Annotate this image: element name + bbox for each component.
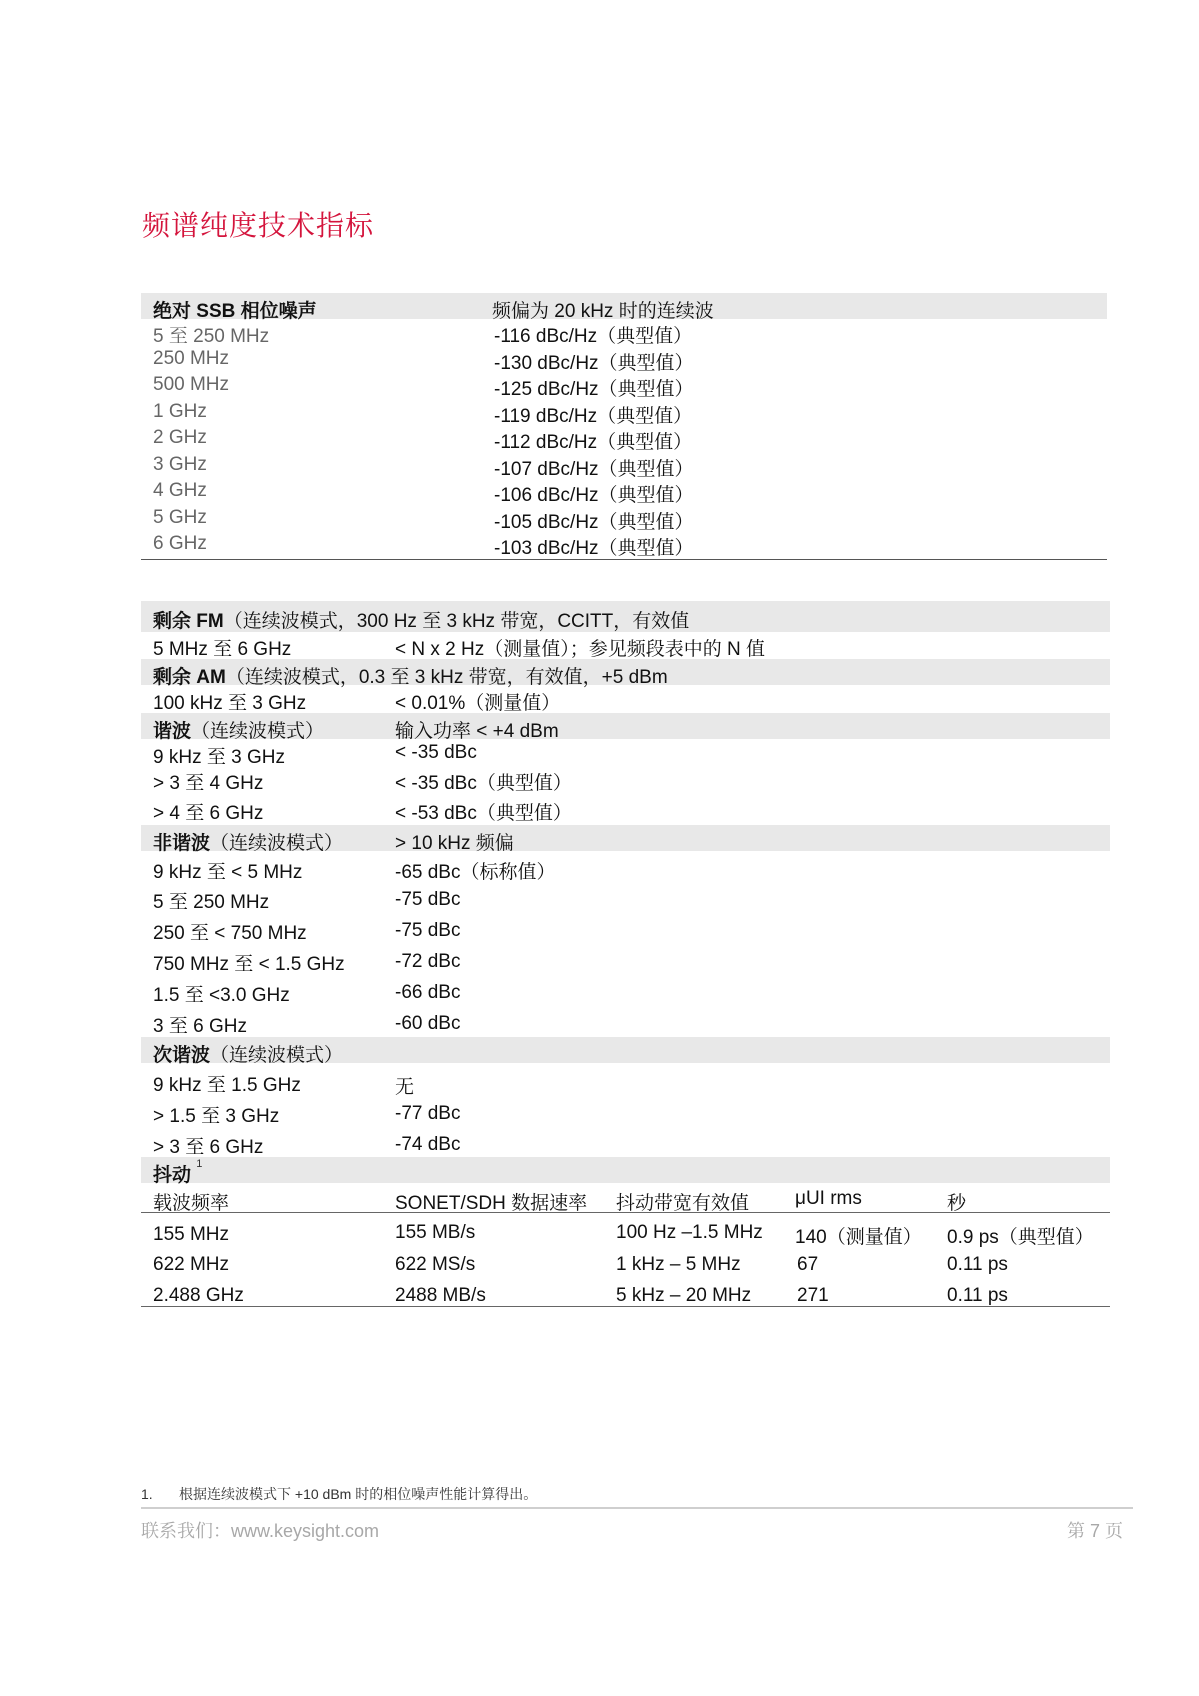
- freq-cell: 1 GHz: [153, 401, 207, 423]
- non-harmonics-title: 非谐波: [153, 833, 210, 854]
- range-cell: 9 kHz 至 < 5 MHz: [153, 857, 302, 884]
- jitter-cell: 0.11 ps: [947, 1285, 1008, 1307]
- value-cell: -106 dBc/Hz（典型值）: [494, 480, 694, 507]
- freq-cell: 4 GHz: [153, 480, 207, 502]
- value-cell: -65 dBc（标称值）: [395, 857, 555, 884]
- freq-cell: 250 MHz: [153, 348, 229, 370]
- footnote-ref[interactable]: 1: [196, 1158, 202, 1170]
- page-title: 频谱纯度技术指标: [142, 204, 374, 244]
- range-cell: 1.5 至 <3.0 GHz: [153, 980, 290, 1007]
- jitter-cell: 100 Hz –1.5 MHz: [616, 1222, 763, 1244]
- table-row: 250 MHz-130 dBc/Hz（典型值）: [141, 346, 1107, 373]
- table-row: 5 GHz-105 dBc/Hz（典型值）: [141, 505, 1107, 532]
- value-cell: -77 dBc: [395, 1103, 460, 1125]
- jitter-cell: 67: [797, 1254, 818, 1276]
- value-cell: < -35 dBc: [395, 742, 477, 764]
- footer-divider: [141, 1507, 1133, 1509]
- range-cell: 100 kHz 至 3 GHz: [153, 688, 306, 715]
- jitter-cell: 5 kHz – 20 MHz: [616, 1285, 751, 1307]
- jitter-cell: 622 MHz: [153, 1254, 229, 1276]
- value-cell: -66 dBc: [395, 982, 460, 1004]
- jitter-cell: 0.9 ps（典型值）: [947, 1222, 1094, 1249]
- value-cell: -103 dBc/Hz（典型值）: [494, 533, 694, 560]
- jitter-col-bandwidth: 抖动带宽有效值: [616, 1188, 749, 1215]
- range-cell: > 3 至 4 GHz: [153, 768, 263, 795]
- range-cell: 9 kHz 至 3 GHz: [153, 742, 285, 769]
- range-cell: 5 MHz 至 6 GHz: [153, 634, 291, 661]
- footnote: 1.根据连续波模式下 +10 dBm 时的相位噪声性能计算得出。: [141, 1484, 537, 1504]
- harmonics-condition: 输入功率 < +4 dBm: [395, 716, 559, 743]
- value-cell: -119 dBc/Hz（典型值）: [494, 401, 692, 428]
- value-cell: -112 dBc/Hz（典型值）: [494, 427, 692, 454]
- range-cell: 3 至 6 GHz: [153, 1011, 247, 1038]
- jitter-cell: 155 MHz: [153, 1224, 229, 1246]
- jitter-cell: 622 MS/s: [395, 1254, 475, 1276]
- residual-am-title: 剩余 AM: [153, 667, 226, 688]
- jitter-col-carrier: 载波频率: [153, 1188, 229, 1215]
- value-cell: -74 dBc: [395, 1134, 460, 1156]
- jitter-cell: 2.488 GHz: [153, 1285, 244, 1307]
- phase-noise-table: 绝对 SSB 相位噪声 频偏为 20 kHz 时的连续波 5 至 250 MHz…: [141, 293, 1107, 560]
- value-cell: -75 dBc: [395, 920, 460, 942]
- value-cell: -116 dBc/Hz（典型值）: [494, 321, 692, 348]
- jitter-col-seconds: 秒: [947, 1188, 966, 1215]
- residual-am-condition: （连续波模式，0.3 至 3 kHz 带宽，有效值，+5 dBm: [226, 667, 668, 688]
- jitter-cell: 140（测量值）: [795, 1222, 922, 1249]
- subharmonics-header: 次谐波（连续波模式）: [141, 1037, 1110, 1063]
- jitter-cell: 155 MB/s: [395, 1222, 475, 1244]
- jitter-cell: 2488 MB/s: [395, 1285, 486, 1307]
- subharmonics-title: 次谐波: [153, 1045, 210, 1066]
- range-cell: 250 至 < 750 MHz: [153, 918, 307, 945]
- range-cell: > 1.5 至 3 GHz: [153, 1101, 279, 1128]
- freq-cell: 6 GHz: [153, 533, 207, 555]
- residual-am-header: 剩余 AM（连续波模式，0.3 至 3 kHz 带宽，有效值，+5 dBm: [141, 659, 1110, 685]
- value-cell: < N x 2 Hz（测量值）；参见频段表中的 N 值: [395, 634, 765, 661]
- jitter-header-rule: [141, 1212, 1110, 1213]
- residual-fm-header: 剩余 FM（连续波模式，300 Hz 至 3 kHz 带宽，CCITT，有效值: [141, 601, 1110, 632]
- jitter-header: 抖动 1: [141, 1157, 1110, 1183]
- jitter-bottom-rule: [141, 1306, 1110, 1307]
- residual-fm-title: 剩余 FM: [153, 611, 224, 632]
- harmonics-mode: （连续波模式）: [191, 721, 324, 742]
- value-cell: -130 dBc/Hz（典型值）: [494, 348, 694, 375]
- non-harmonics-mode: （连续波模式）: [210, 833, 343, 854]
- table-row: 5 至 250 MHz-116 dBc/Hz（典型值）: [141, 319, 1107, 346]
- jitter-title: 抖动: [153, 1165, 191, 1186]
- footer-contact-link[interactable]: 联系我们：www.keysight.com: [141, 1517, 379, 1543]
- non-harmonics-header: 非谐波（连续波模式） > 10 kHz 频偏: [141, 825, 1110, 851]
- range-cell: 5 至 250 MHz: [153, 887, 269, 914]
- page-number: 第 7 页: [1067, 1517, 1123, 1543]
- spectral-spec-table: 剩余 FM（连续波模式，300 Hz 至 3 kHz 带宽，CCITT，有效值 …: [141, 601, 1110, 1201]
- freq-cell: 5 GHz: [153, 507, 207, 529]
- jitter-col-uui: μUI rms: [795, 1188, 862, 1210]
- value-cell: -72 dBc: [395, 951, 460, 973]
- table-row: 6 GHz-103 dBc/Hz（典型值）: [141, 531, 1107, 558]
- value-cell: -60 dBc: [395, 1013, 460, 1035]
- freq-cell: 2 GHz: [153, 427, 207, 449]
- table-row: 2 GHz-112 dBc/Hz（典型值）: [141, 425, 1107, 452]
- jitter-cell: 0.11 ps: [947, 1254, 1008, 1276]
- table-row: 3 GHz-107 dBc/Hz（典型值）: [141, 452, 1107, 479]
- jitter-col-data-rate: SONET/SDH 数据速率: [395, 1188, 587, 1215]
- value-cell: < -53 dBc（典型值）: [395, 798, 572, 825]
- value-cell: -105 dBc/Hz（典型值）: [494, 507, 694, 534]
- footnote-text: 根据连续波模式下 +10 dBm 时的相位噪声性能计算得出。: [179, 1486, 537, 1502]
- phase-noise-header: 绝对 SSB 相位噪声 频偏为 20 kHz 时的连续波: [141, 293, 1107, 319]
- value-cell: < -35 dBc（典型值）: [395, 768, 572, 795]
- value-cell: -107 dBc/Hz（典型值）: [494, 454, 694, 481]
- freq-cell: 3 GHz: [153, 454, 207, 476]
- footnote-number: 1.: [141, 1486, 179, 1502]
- residual-fm-condition: （连续波模式，300 Hz 至 3 kHz 带宽，CCITT，有效值: [224, 611, 690, 632]
- range-cell: > 3 至 6 GHz: [153, 1132, 263, 1159]
- value-cell: -75 dBc: [395, 889, 460, 911]
- jitter-cell: 1 kHz – 5 MHz: [616, 1254, 741, 1276]
- value-cell: 无: [395, 1072, 414, 1099]
- range-cell: 750 MHz 至 < 1.5 GHz: [153, 949, 345, 976]
- jitter-cell: 271: [797, 1285, 829, 1307]
- non-harmonics-condition: > 10 kHz 频偏: [395, 828, 514, 855]
- harmonics-title: 谐波: [153, 721, 191, 742]
- freq-cell: 5 至 250 MHz: [153, 321, 269, 348]
- range-cell: 9 kHz 至 1.5 GHz: [153, 1070, 301, 1097]
- harmonics-header: 谐波（连续波模式） 输入功率 < +4 dBm: [141, 713, 1110, 739]
- range-cell: > 4 至 6 GHz: [153, 798, 263, 825]
- value-cell: -125 dBc/Hz（典型值）: [494, 374, 694, 401]
- table-row: 4 GHz-106 dBc/Hz（典型值）: [141, 478, 1107, 505]
- subharmonics-mode: （连续波模式）: [210, 1045, 343, 1066]
- value-cell: < 0.01%（测量值）: [395, 688, 560, 715]
- table-row: 1 GHz-119 dBc/Hz（典型值）: [141, 399, 1107, 426]
- freq-cell: 500 MHz: [153, 374, 229, 396]
- table-row: 500 MHz-125 dBc/Hz（典型值）: [141, 372, 1107, 399]
